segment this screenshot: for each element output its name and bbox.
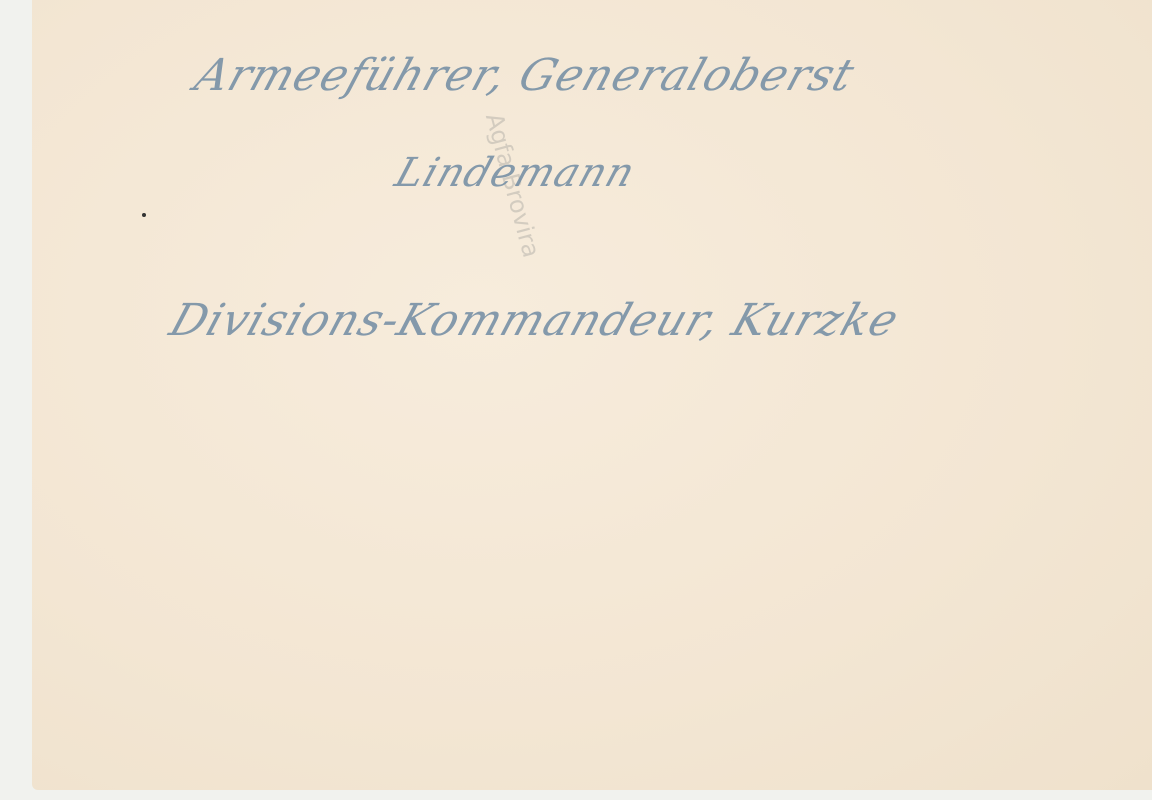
inscription-line-2: Lindemann (390, 150, 642, 196)
ink-speck (142, 213, 146, 217)
inscription-line-3: Divisions-Kommandeur, Kurzke (164, 295, 906, 346)
inscription-line-1: Armeeführer, Generaloberst (189, 50, 861, 101)
photo-card-back: Agfa Brovira Armeeführer, Generaloberst … (32, 0, 1152, 790)
